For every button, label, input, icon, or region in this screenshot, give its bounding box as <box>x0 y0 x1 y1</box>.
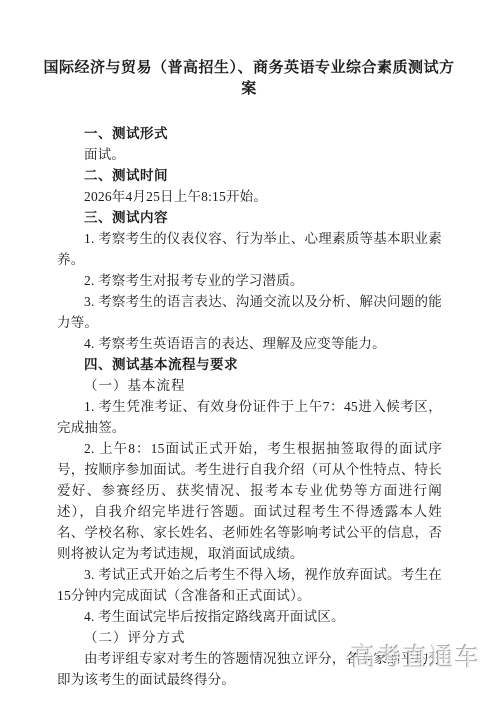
heading-test-procedure: 四、测试基本流程与要求 <box>57 354 442 375</box>
content-item-3: 3. 考察考生的语言表达、沟通交流以及分析、解决问题的能力等。 <box>57 291 442 333</box>
process-item-1: 1. 考生凭准考证、有效身份证件于上午7：45进入候考区，完成抽签。 <box>57 396 442 438</box>
process-item-2: 2. 上午8：15面试正式开始，考生根据抽签取得的面试序号，按顺序参加面试。考生… <box>57 438 442 564</box>
heading-test-time: 二、测试时间 <box>57 165 442 186</box>
content-item-4: 4. 考察考生英语语言的表达、理解及应变等能力。 <box>57 333 442 354</box>
document-body: 一、测试形式 面试。 二、测试时间 2026年4月25日上午8:15开始。 三、… <box>57 123 442 690</box>
content-item-2: 2. 考察考生对报考专业的学习潜质。 <box>57 270 442 291</box>
content-item-1: 1. 考察考生的仪表仪容、行为举止、心理素质等基本职业素养。 <box>57 228 442 270</box>
para-test-time: 2026年4月25日上午8:15开始。 <box>57 186 442 207</box>
heading-test-format: 一、测试形式 <box>57 123 442 144</box>
heading-test-content: 三、测试内容 <box>57 207 442 228</box>
watermark: 高考直通车 <box>351 638 481 674</box>
page-title: 国际经济与贸易（普高招生）、商务英语专业综合素质测试方案 <box>0 0 498 100</box>
process-item-3: 3. 考试正式开始之后考生不得入场，视作放弃面试。考生在15分钟内完成面试（含准… <box>57 564 442 606</box>
process-item-4: 4. 考生面试完毕后按指定路线离开面试区。 <box>57 606 442 627</box>
document-page: 国际经济与贸易（普高招生）、商务英语专业综合素质测试方案 一、测试形式 面试。 … <box>0 0 498 701</box>
para-test-format: 面试。 <box>57 144 442 165</box>
subsection-heading-basic-process: （一）基本流程 <box>57 375 442 396</box>
